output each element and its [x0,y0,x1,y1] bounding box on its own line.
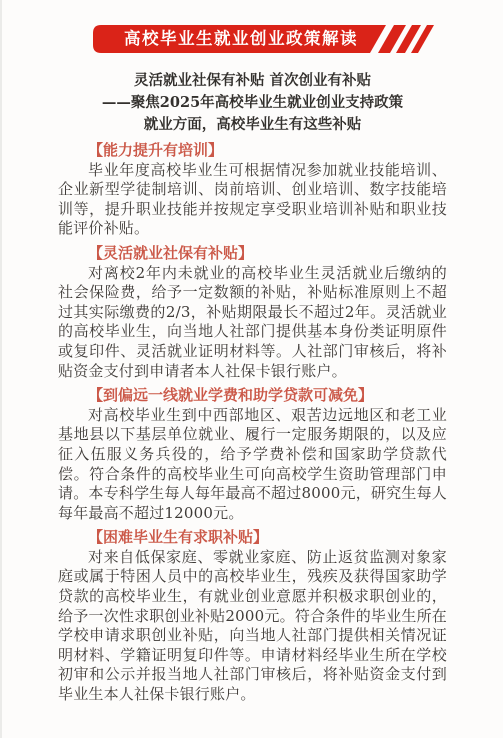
document-page: 高校毕业生就业创业政策解读 灵活就业社保有补贴 首次创业有补贴 ——聚焦2025… [0,0,503,738]
section-heading: 【到偏远一线就业学费和助学贷款可减免】 [58,386,447,406]
title-banner: 高校毕业生就业创业政策解读 [93,25,438,53]
section-job-seeking-subsidy: 【困难毕业生有求职补贴】 对来自低保家庭、零就业家庭、防止返贫监测对象家庭或属于… [58,528,447,704]
section-body: 毕业年度高校毕业生可根据情况参加就业技能培训、企业新型学徒制培训、岗前培训、创业… [58,161,447,239]
section-tuition-loan-waiver: 【到偏远一线就业学费和助学贷款可减免】 对高校毕业生到中西部地区、艰苦边远地区和… [58,386,447,523]
intro-line-2: ——聚焦2025年高校毕业生就业创业支持政策 [58,92,447,114]
section-body: 对离校2年内未就业的高校毕业生灵活就业后缴纳的社会保险费，给予一定数额的补贴，补… [58,264,447,382]
document-content: 灵活就业社保有补贴 首次创业有补贴 ——聚焦2025年高校毕业生就业创业支持政策… [0,70,503,705]
section-flexible-employment-subsidy: 【灵活就业社保有补贴】 对离校2年内未就业的高校毕业生灵活就业后缴纳的社会保险费… [58,244,447,381]
section-body: 对来自低保家庭、零就业家庭、防止返贫监测对象家庭或属于特困人员中的高校毕业生，残… [58,548,447,705]
section-heading: 【灵活就业社保有补贴】 [58,244,447,264]
intro-line-1: 灵活就业社保有补贴 首次创业有补贴 [58,70,447,92]
intro-line-3: 就业方面，高校毕业生有这些补贴 [58,114,447,136]
intro-block: 灵活就业社保有补贴 首次创业有补贴 ——聚焦2025年高校毕业生就业创业支持政策… [58,70,447,136]
section-body: 对高校毕业生到中西部地区、艰苦边远地区和老工业基地县以下基层单位就业、履行一定服… [58,406,447,524]
section-heading: 【困难毕业生有求职补贴】 [58,528,447,548]
banner-title: 高校毕业生就业创业政策解读 [124,25,358,53]
section-training: 【能力提升有培训】 毕业年度高校毕业生可根据情况参加就业技能培训、企业新型学徒制… [58,141,447,239]
section-heading: 【能力提升有培训】 [58,141,447,161]
